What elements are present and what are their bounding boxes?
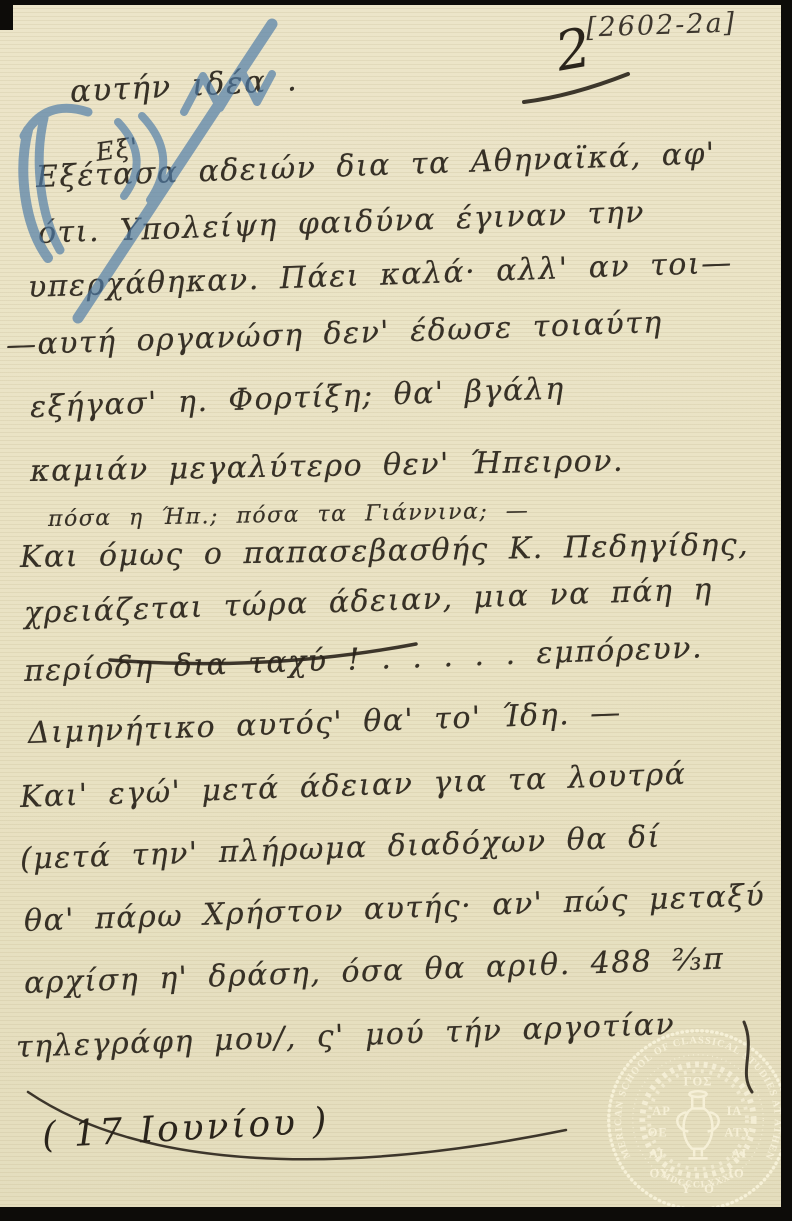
scan-edge-bottom	[0, 1207, 792, 1221]
blue-stroke-arc-1	[118, 122, 137, 196]
blue-pencil-check-mark	[0, 0, 792, 1221]
scan-edge-corner	[0, 0, 13, 30]
scan-edge-right	[781, 0, 792, 1221]
scan-edge-top	[0, 0, 792, 5]
blue-stroke-left-2	[39, 118, 60, 250]
blue-stroke-diagonal	[78, 24, 272, 318]
manuscript-scan-page: AMERICAN SCHOOL OF CLASSICAL STUDIES AT …	[0, 0, 792, 1221]
archival-number: [2602-2a]	[586, 7, 737, 43]
blue-stroke-hook	[24, 108, 88, 136]
